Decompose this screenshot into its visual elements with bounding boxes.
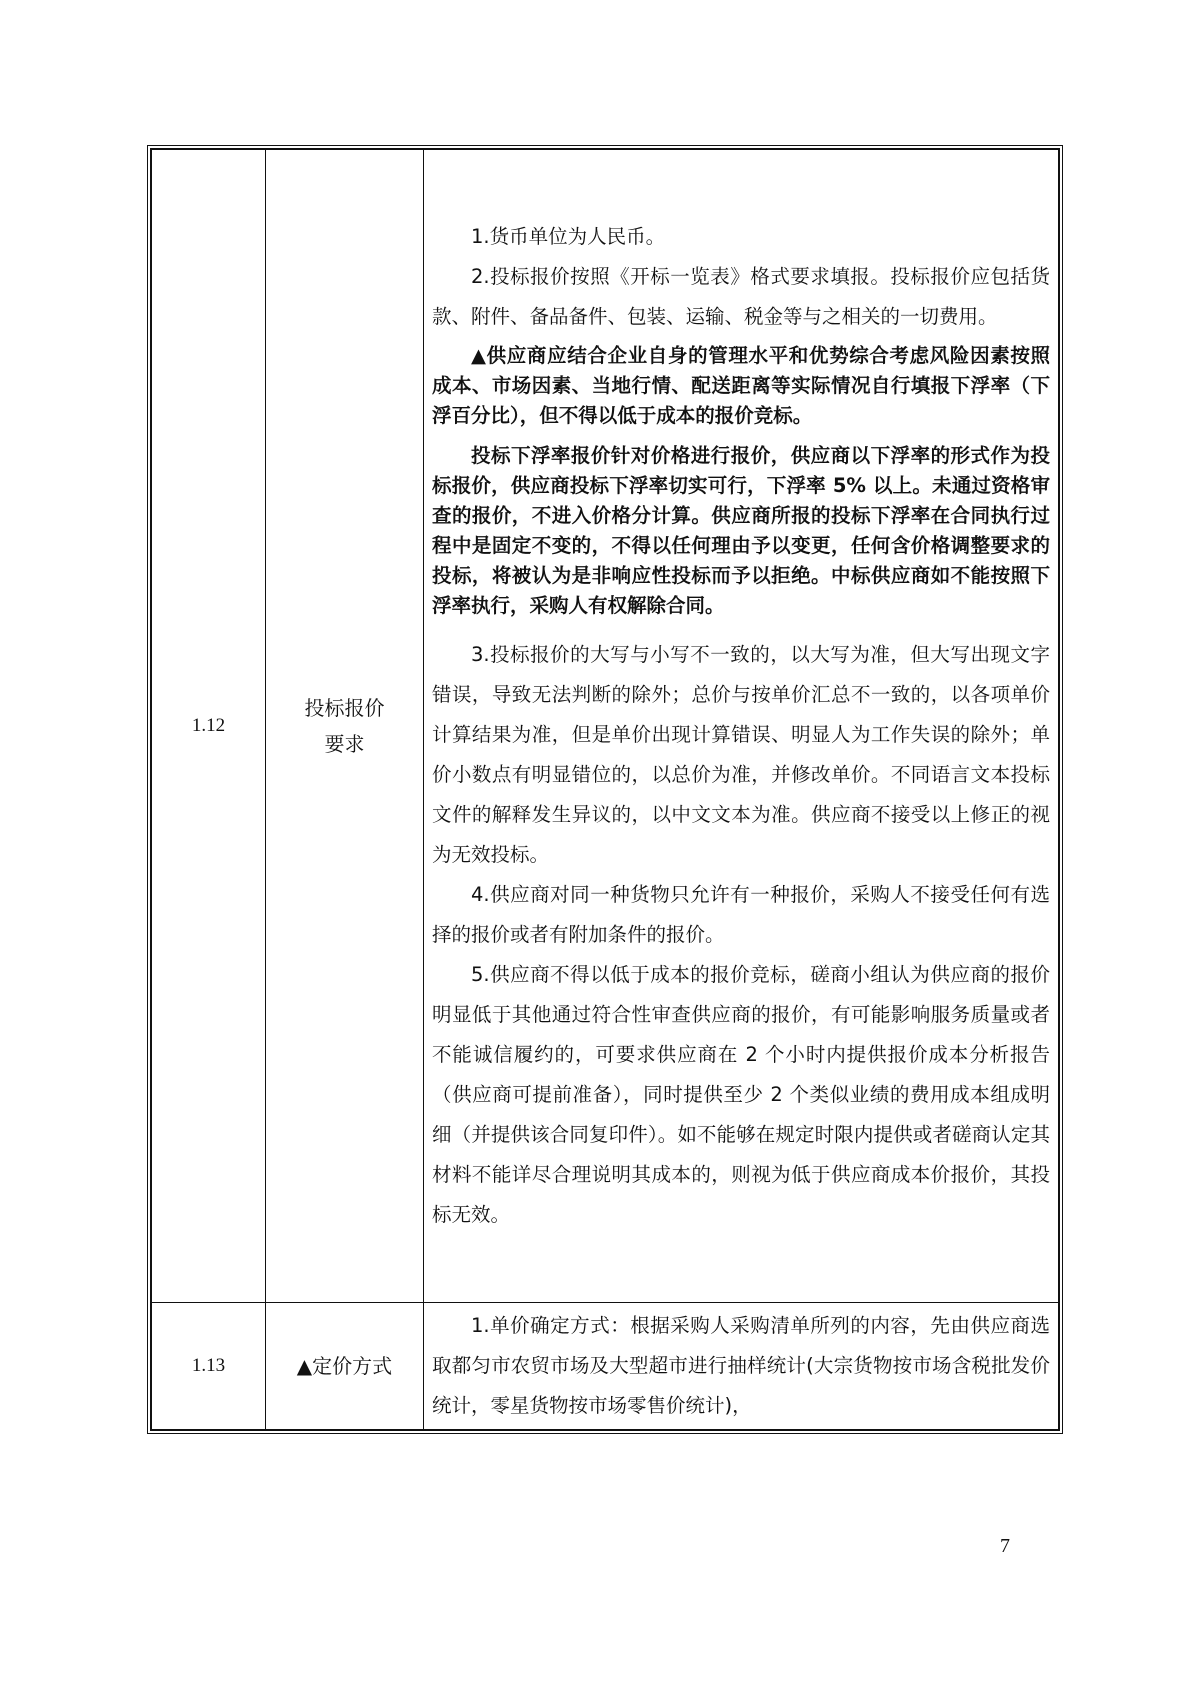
clause-number: 1.12: [152, 150, 266, 1303]
clause-number: 1.13: [152, 1303, 266, 1430]
clause-label: 投标报价 要求: [266, 150, 424, 1303]
page-number: 7: [1000, 1535, 1010, 1558]
requirements-table: 1.12 投标报价 要求 1.货币单位为人民币。 2.投标报价按照《开标一览表》…: [147, 145, 1063, 1434]
paragraph: 5.供应商不得以低于成本的报价竞标，磋商小组认为供应商的报价明显低于其他通过符合…: [432, 955, 1050, 1235]
clause-label-line: 要求: [266, 726, 423, 762]
table-row: 1.12 投标报价 要求 1.货币单位为人民币。 2.投标报价按照《开标一览表》…: [152, 150, 1059, 1303]
clause-label: ▲定价方式: [266, 1303, 424, 1430]
table-row: 1.13 ▲定价方式 1.单价确定方式：根据采购人采购清单所列的内容，先由供应商…: [152, 1303, 1059, 1430]
paragraph: 1.单价确定方式：根据采购人采购清单所列的内容，先由供应商选取都匀市农贸市场及大…: [432, 1306, 1050, 1426]
clause-content: 1.货币单位为人民币。 2.投标报价按照《开标一览表》格式要求填报。投标报价应包…: [424, 150, 1059, 1303]
paragraph-bold: ▲供应商应结合企业自身的管理水平和优势综合考虑风险因素按照成本、市场因素、当地行…: [432, 341, 1050, 431]
paragraph: 3.投标报价的大写与小写不一致的，以大写为准，但大写出现文字错误，导致无法判断的…: [432, 635, 1050, 875]
clause-label-line: ▲定价方式: [266, 1348, 423, 1384]
clause-content: 1.单价确定方式：根据采购人采购清单所列的内容，先由供应商选取都匀市农贸市场及大…: [424, 1303, 1059, 1430]
paragraph: 1.货币单位为人民币。: [432, 217, 1050, 257]
paragraph: 4.供应商对同一种货物只允许有一种报价，采购人不接受任何有选择的报价或者有附加条…: [432, 875, 1050, 955]
paragraph: 2.投标报价按照《开标一览表》格式要求填报。投标报价应包括货款、附件、备品备件、…: [432, 257, 1050, 337]
paragraph-bold: 投标下浮率报价针对价格进行报价，供应商以下浮率的形式作为投标报价，供应商投标下浮…: [432, 441, 1050, 621]
clause-label-line: 投标报价: [266, 690, 423, 726]
